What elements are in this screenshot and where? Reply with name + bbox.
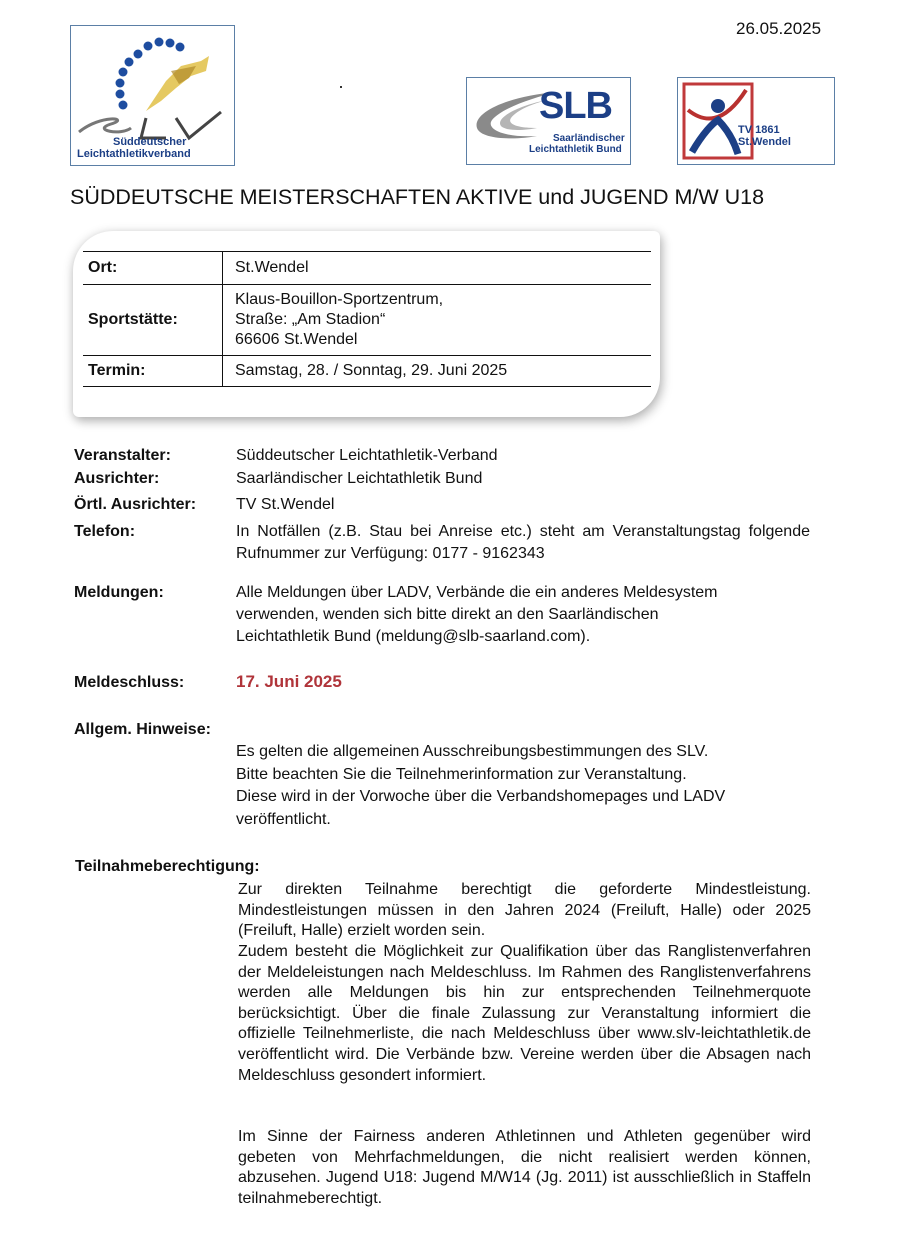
hinweise-line1: Es gelten die allgemeinen Ausschreibungs…	[236, 741, 816, 764]
slv-logo-line2: Leichtathletikverband	[77, 148, 191, 160]
tv-st-wendel-logo: TV 1861 St.Wendel	[677, 77, 835, 165]
table-row-sportstaette: Sportstätte: Klaus-Bouillon-Sportzentrum…	[83, 285, 651, 356]
teilnahme-para2: Zudem besteht die Möglichkeit zur Qualif…	[238, 942, 811, 1086]
document-date: 26.05.2025	[736, 19, 821, 39]
telefon-label: Telefon:	[74, 523, 135, 541]
stray-mark	[340, 86, 342, 88]
meldungen-line1: Alle Meldungen über LADV, Verbände die e…	[236, 582, 816, 604]
ausrichter-value: Saarländischer Leichtathletik Bund	[236, 468, 482, 490]
ort-label: Ort:	[83, 252, 223, 285]
teilnahme-label: Teilnahmeberechtigung:	[75, 858, 260, 876]
hinweise-label: Allgem. Hinweise:	[74, 721, 211, 739]
veranstalter-label: Veranstalter:	[74, 447, 171, 465]
veranstalter-value: Süddeutscher Leichtathletik-Verband	[236, 445, 498, 467]
termin-value: Samstag, 28. / Sonntag, 29. Juni 2025	[223, 356, 652, 387]
meldungen-line3: Leichtathletik Bund (meldung@slb-saarlan…	[236, 626, 816, 648]
oertl-ausrichter-label: Örtl. Ausrichter:	[74, 496, 196, 514]
oertl-ausrichter-value: TV St.Wendel	[236, 494, 334, 516]
telefon-value: In Notfällen (z.B. Stau bei Anreise etc.…	[236, 521, 810, 565]
hinweise-value: Es gelten die allgemeinen Ausschreibungs…	[236, 741, 816, 831]
tv-logo-name: TV 1861 St.Wendel	[738, 124, 834, 148]
hinweise-line2: Bitte beachten Sie die Teilnehmerinforma…	[236, 764, 816, 787]
tv-figure-icon	[678, 78, 758, 164]
teilnahme-para1: Zur direkten Teilnahme berechtigt die ge…	[238, 880, 811, 942]
sportstaette-line3: 66606 St.Wendel	[235, 330, 651, 350]
hinweise-line3: Diese wird in der Vorwoche über die Verb…	[236, 786, 816, 809]
meldungen-value: Alle Meldungen über LADV, Verbände die e…	[236, 582, 816, 648]
ausrichter-label: Ausrichter:	[74, 470, 159, 488]
slb-logo-line2: Leichtathletik Bund	[529, 144, 622, 156]
hinweise-line4: veröffentlicht.	[236, 809, 816, 832]
meldeschluss-label: Meldeschluss:	[74, 674, 184, 692]
slv-logo: Süddeutscher Leichtathletikverband	[70, 25, 235, 166]
sportstaette-value: Klaus-Bouillon-Sportzentrum, Straße: „Am…	[223, 285, 652, 356]
sportstaette-line1: Klaus-Bouillon-Sportzentrum,	[235, 290, 651, 310]
teilnahme-para3: Im Sinne der Fairness anderen Athletinne…	[238, 1127, 811, 1209]
meldungen-label: Meldungen:	[74, 584, 164, 602]
table-row-ort: Ort: St.Wendel	[83, 252, 651, 285]
meldeschluss-value: 17. Juni 2025	[236, 671, 342, 693]
page-title: SÜDDEUTSCHE MEISTERSCHAFTEN AKTIVE und J…	[70, 185, 764, 210]
slb-logo: SLB Saarländischer Leichtathletik Bund	[466, 77, 631, 165]
sportstaette-line2: Straße: „Am Stadion“	[235, 310, 651, 330]
slb-wordmark: SLB	[539, 86, 612, 126]
meldungen-line2: verwenden, wenden sich bitte direkt an d…	[236, 604, 816, 626]
slv-logo-line1: Süddeutscher	[113, 136, 186, 148]
sportstaette-label: Sportstätte:	[83, 285, 223, 356]
termin-label: Termin:	[83, 356, 223, 387]
ort-value: St.Wendel	[223, 252, 652, 285]
table-row-termin: Termin: Samstag, 28. / Sonntag, 29. Juni…	[83, 356, 651, 387]
info-table: Ort: St.Wendel Sportstätte: Klaus-Bouill…	[83, 251, 651, 387]
